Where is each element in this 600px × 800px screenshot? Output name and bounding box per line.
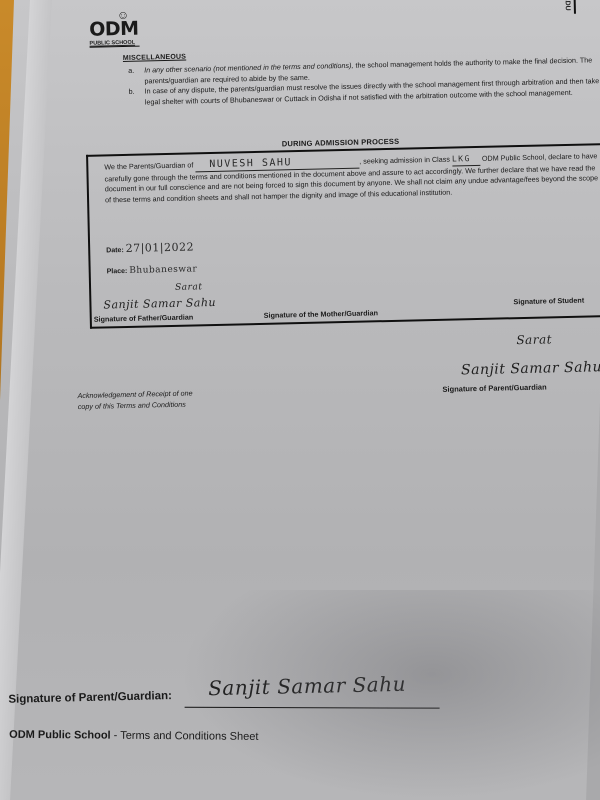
mother-signature-label: Signature of the Mother/Guardian	[264, 308, 378, 320]
logo-name: ODM	[89, 20, 139, 39]
declaration-box: We the Parents/Guardian of NUVESH SAHU ,…	[86, 143, 600, 329]
class-value: LKG	[452, 154, 471, 163]
corner-marker	[574, 0, 576, 14]
item-lead: In any other scenario (not mentioned in …	[144, 61, 354, 75]
declaration-text: We the Parents/Guardian of NUVESH SAHU ,…	[104, 151, 600, 205]
item-marker: b.	[129, 87, 135, 98]
logo-subtitle: PUBLIC SCHOOL	[89, 40, 139, 48]
father-signature[interactable]: Sanjit Samar Sahu	[103, 296, 216, 312]
place-value[interactable]: Bhubaneswar	[129, 264, 197, 276]
seeking-text: , seeking admission in Class	[359, 155, 450, 166]
place-row: Place: Bhubaneswar	[107, 264, 198, 276]
footer-text: ODM Public School - Terms and Conditions…	[9, 729, 258, 743]
date-label: Date:	[106, 247, 124, 254]
ack-line-2: copy of this Terms and Conditions	[78, 398, 193, 412]
school-logo: ☺ ODM PUBLIC SCHOOL	[89, 13, 150, 50]
parent-initials-signature: Sarat	[516, 332, 552, 347]
father-initials-signature: Sarat	[175, 282, 203, 293]
declaration-prefix: We the Parents/Guardian of	[104, 160, 193, 171]
signature-line	[185, 707, 440, 709]
father-signature-label: Signature of Father/Guardian	[94, 312, 194, 323]
bottom-signature[interactable]: Sanjit Samar Sahu	[208, 672, 406, 700]
footer-school: ODM Public School	[9, 729, 111, 742]
acknowledgement-text: Acknowledgement of Receipt of one copy o…	[77, 388, 193, 413]
parent-signature-label: Signature of Parent/Guardian	[442, 382, 546, 393]
student-signature-label: Signature of Student	[513, 296, 584, 307]
parent-signature[interactable]: Sanjit Samar Sahu	[461, 359, 600, 378]
date-row: Date: 27|01|2022	[106, 240, 194, 255]
student-name-value: NUVESH SAHU	[209, 157, 292, 170]
corner-tag: EDU	[564, 0, 571, 11]
miscellaneous-list: a. In any other scenario (not mentioned …	[124, 55, 600, 108]
class-field[interactable]: LKG	[452, 154, 480, 166]
document-content: EDU ☺ ODM PUBLIC SCHOOL MISCELLANEOUS a.…	[0, 0, 600, 800]
admission-heading: DURING ADMISSION PROCESS	[282, 137, 400, 149]
place-label: Place:	[107, 268, 128, 275]
footer-rest: - Terms and Conditions Sheet	[111, 730, 259, 743]
miscellaneous-title: MISCELLANEOUS	[123, 54, 186, 62]
bottom-signature-label: Signature of Parent/Guardian:	[8, 690, 172, 706]
date-value[interactable]: 27|01|2022	[126, 240, 195, 255]
item-marker: a.	[128, 66, 134, 77]
